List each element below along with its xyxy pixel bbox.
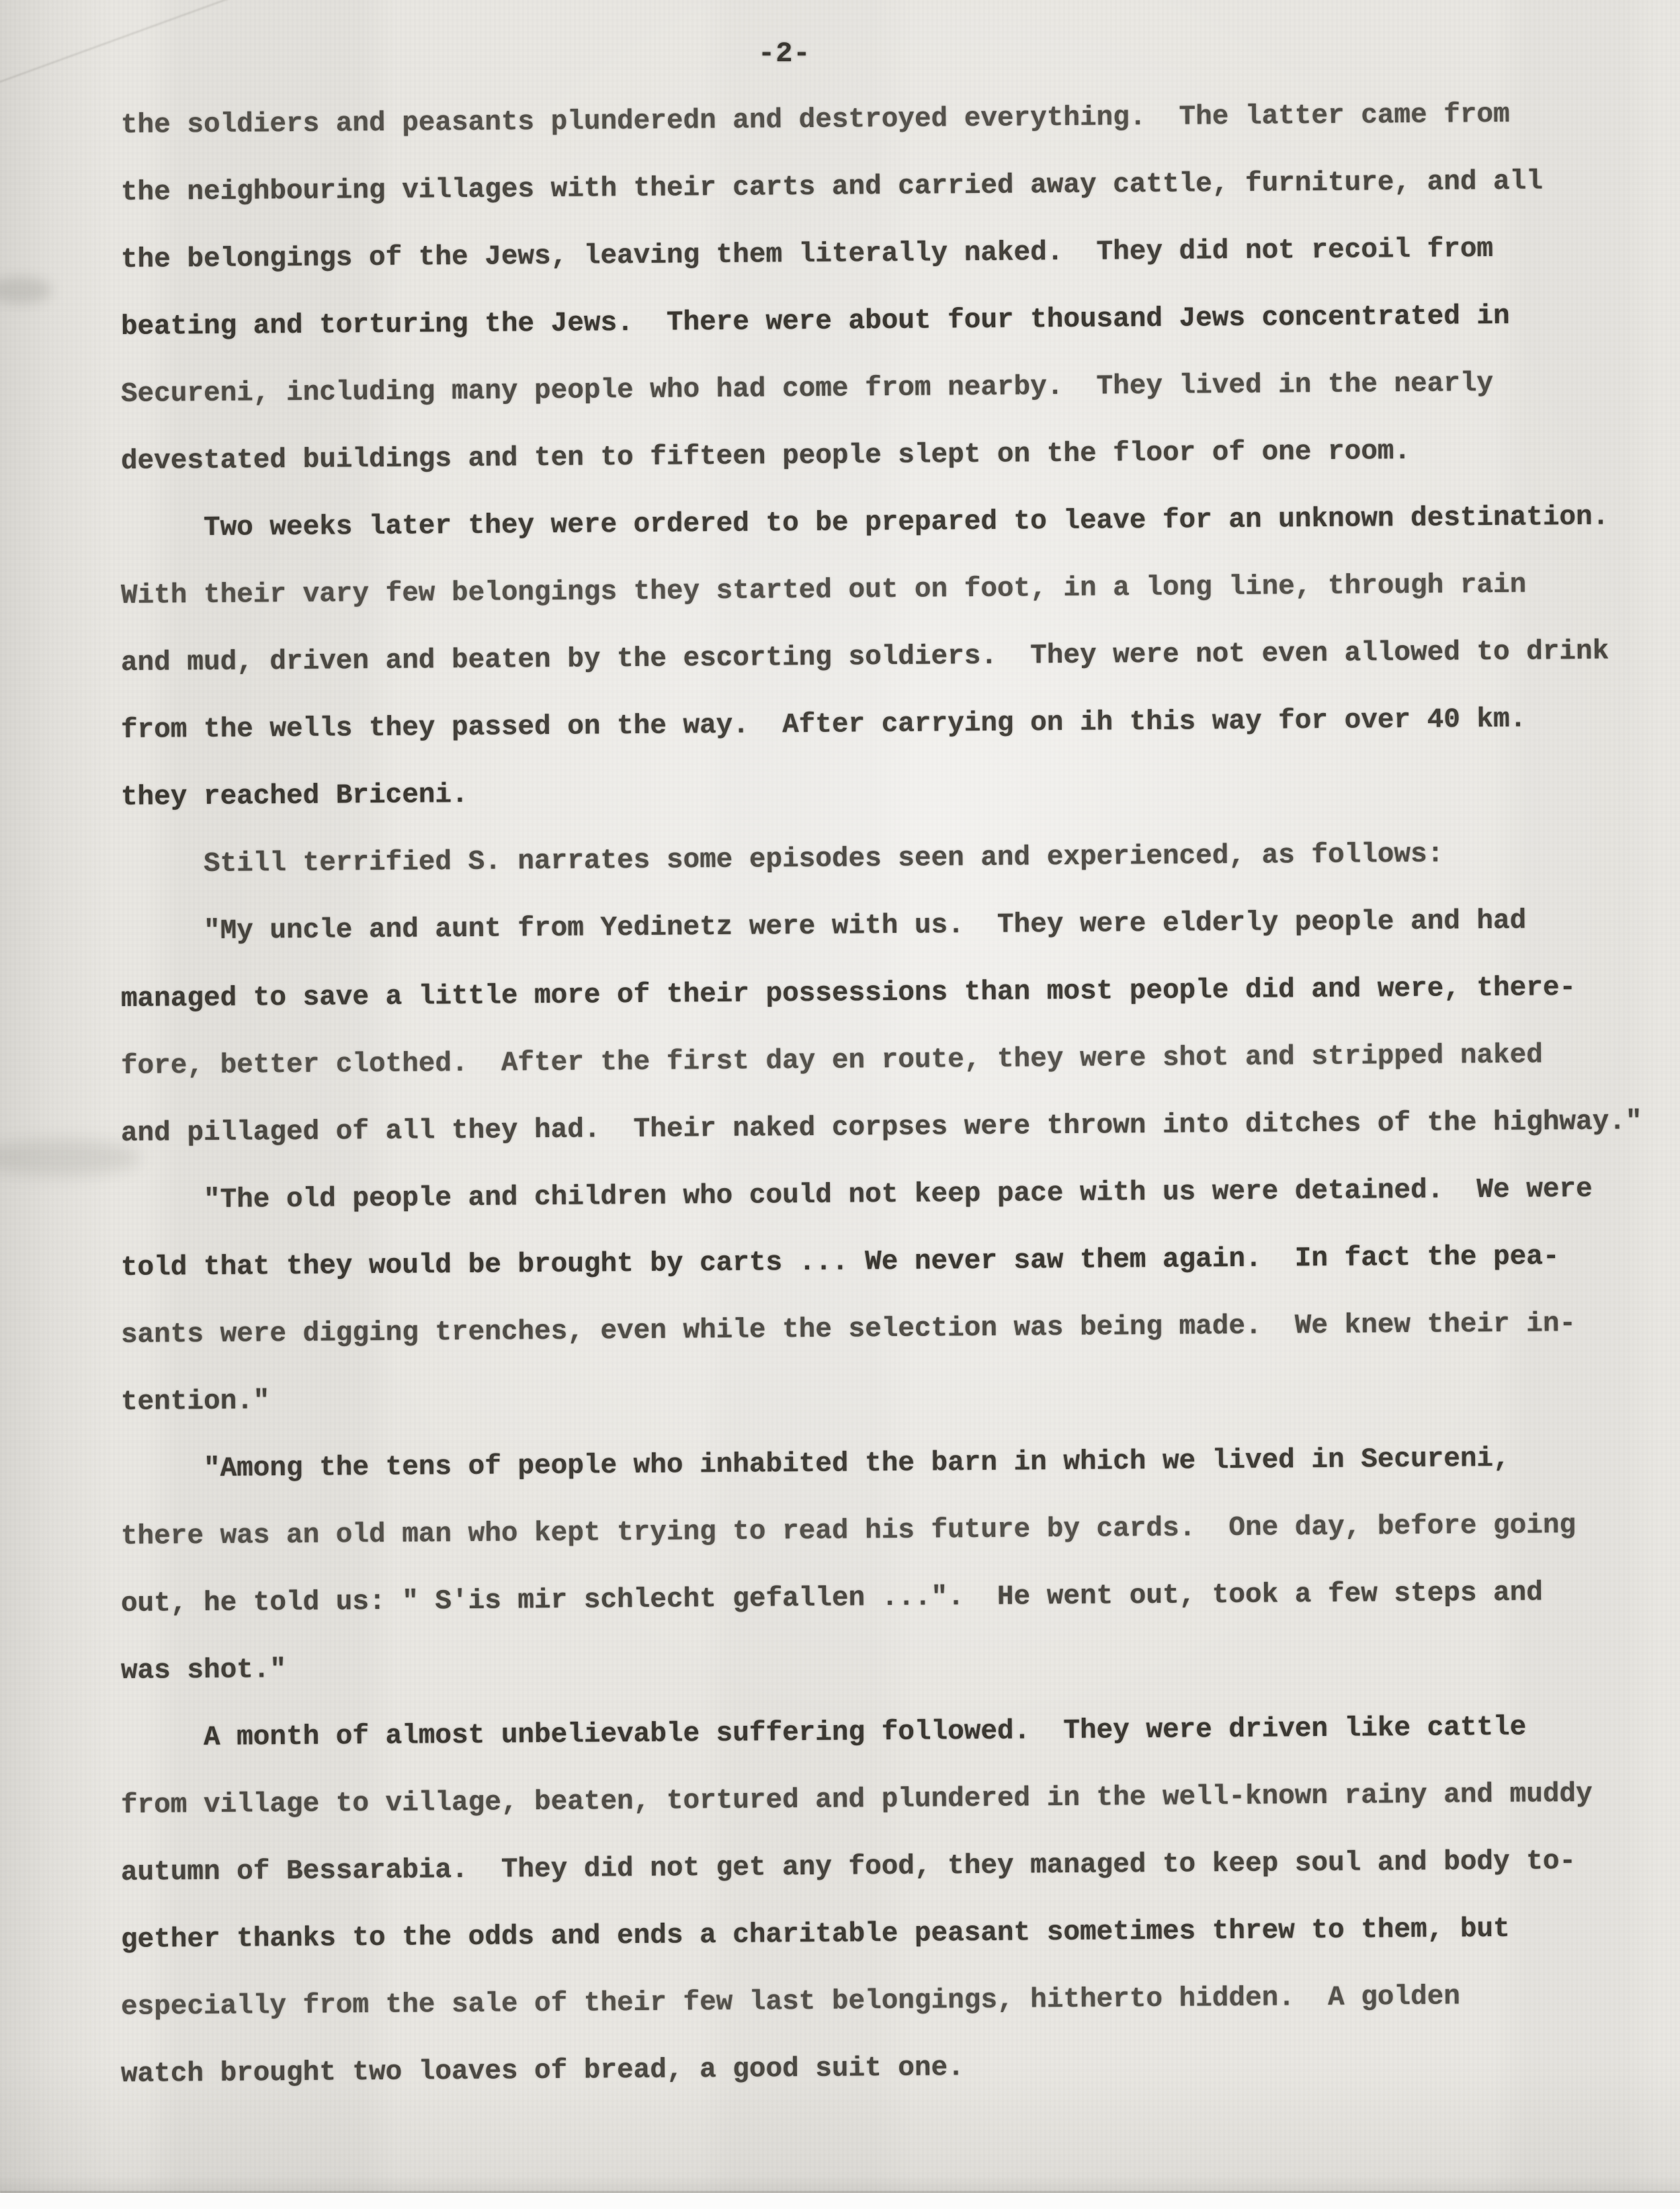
text-line: out, he told us: " S'is mir schlecht gef… [121, 1558, 1667, 1638]
text-line: "My uncle and aunt from Yedinetz were wi… [121, 886, 1667, 966]
text-line: the belongings of the Jews, leaving them… [121, 214, 1667, 294]
text-line: Secureni, including many people who had … [121, 349, 1667, 428]
text-line: "Among the tens of people who inhabited … [121, 1424, 1667, 1503]
text-line: devestated buildings and ten to fifteen … [121, 416, 1667, 495]
text-line: the neighbouring villages with their car… [121, 147, 1667, 226]
text-line: there was an old man who kept trying to … [121, 1491, 1667, 1571]
text-line: autumn of Bessarabia. They did not get a… [121, 1827, 1667, 1907]
text-line: the soldiers and peasants plunderedn and… [121, 80, 1667, 159]
text-line: A month of almost unbelievable suffering… [121, 1693, 1667, 1772]
text-line: beating and torturing the Jews. There we… [121, 282, 1667, 361]
text-line: fore, better clothed. After the first da… [121, 1021, 1667, 1100]
text-line: With their vary few belongings they star… [121, 550, 1667, 630]
text-line: and pillaged of all they had. Their nake… [121, 1088, 1667, 1167]
text-line: from the wells they passed on the way. A… [121, 685, 1667, 764]
text-line: especially from the sale of their few la… [121, 1962, 1667, 2041]
typewritten-text-block: the soldiers and peasants plunderedn and… [121, 92, 1667, 2108]
text-line: watch brought two loaves of bread, a goo… [121, 2029, 1667, 2108]
text-line: sants were digging trenches, even while … [121, 1290, 1667, 1369]
page-number: -2- [758, 38, 811, 70]
text-line: they reached Briceni. [121, 752, 1667, 831]
text-line: from village to village, beaten, torture… [121, 1760, 1667, 1839]
scanned-document-page: -2- the soldiers and peasants plunderedn… [0, 0, 1680, 2209]
text-line: and mud, driven and beaten by the escort… [121, 618, 1667, 697]
text-line: "The old people and children who could n… [121, 1155, 1667, 1235]
text-line: was shot." [121, 1626, 1667, 1705]
text-line: Still terrified S. narrates some episode… [121, 819, 1667, 899]
text-line: Two weeks later they were ordered to be … [121, 483, 1667, 562]
text-line: told that they would be brought by carts… [121, 1222, 1667, 1302]
text-line: tention." [121, 1357, 1667, 1436]
text-line: gether thanks to the odds and ends a cha… [121, 1894, 1667, 1974]
text-line: managed to save a little more of their p… [121, 954, 1667, 1033]
scanner-background [0, 2193, 1680, 2209]
